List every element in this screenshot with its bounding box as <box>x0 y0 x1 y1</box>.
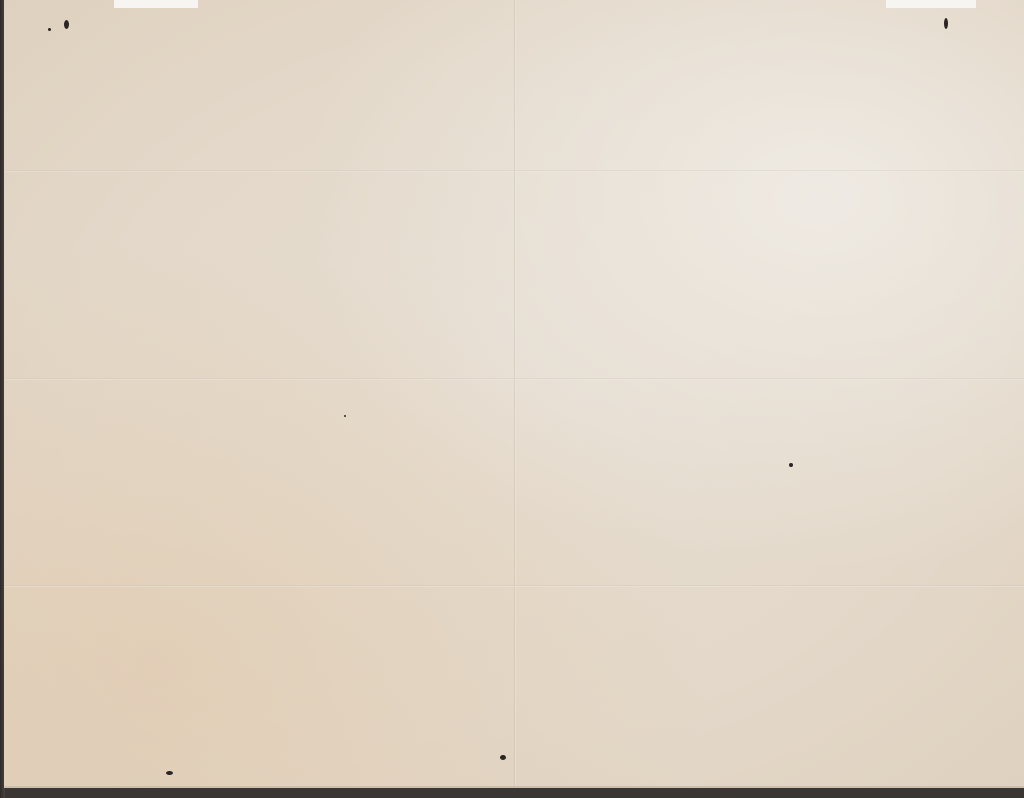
ink-speck <box>944 18 948 29</box>
ink-speck <box>344 415 346 417</box>
vertical-fold-crease <box>514 0 516 786</box>
ink-speck <box>48 28 51 31</box>
horizontal-fold-crease <box>4 378 1024 380</box>
ink-speck <box>789 463 793 467</box>
ink-speck <box>64 20 69 29</box>
tape-strip <box>886 0 976 8</box>
ink-speck <box>166 771 173 775</box>
horizontal-fold-crease <box>4 170 1024 172</box>
ink-speck <box>500 755 506 760</box>
paper-sheet <box>4 0 1024 788</box>
horizontal-fold-crease <box>4 585 1024 587</box>
tape-strip <box>114 0 198 8</box>
